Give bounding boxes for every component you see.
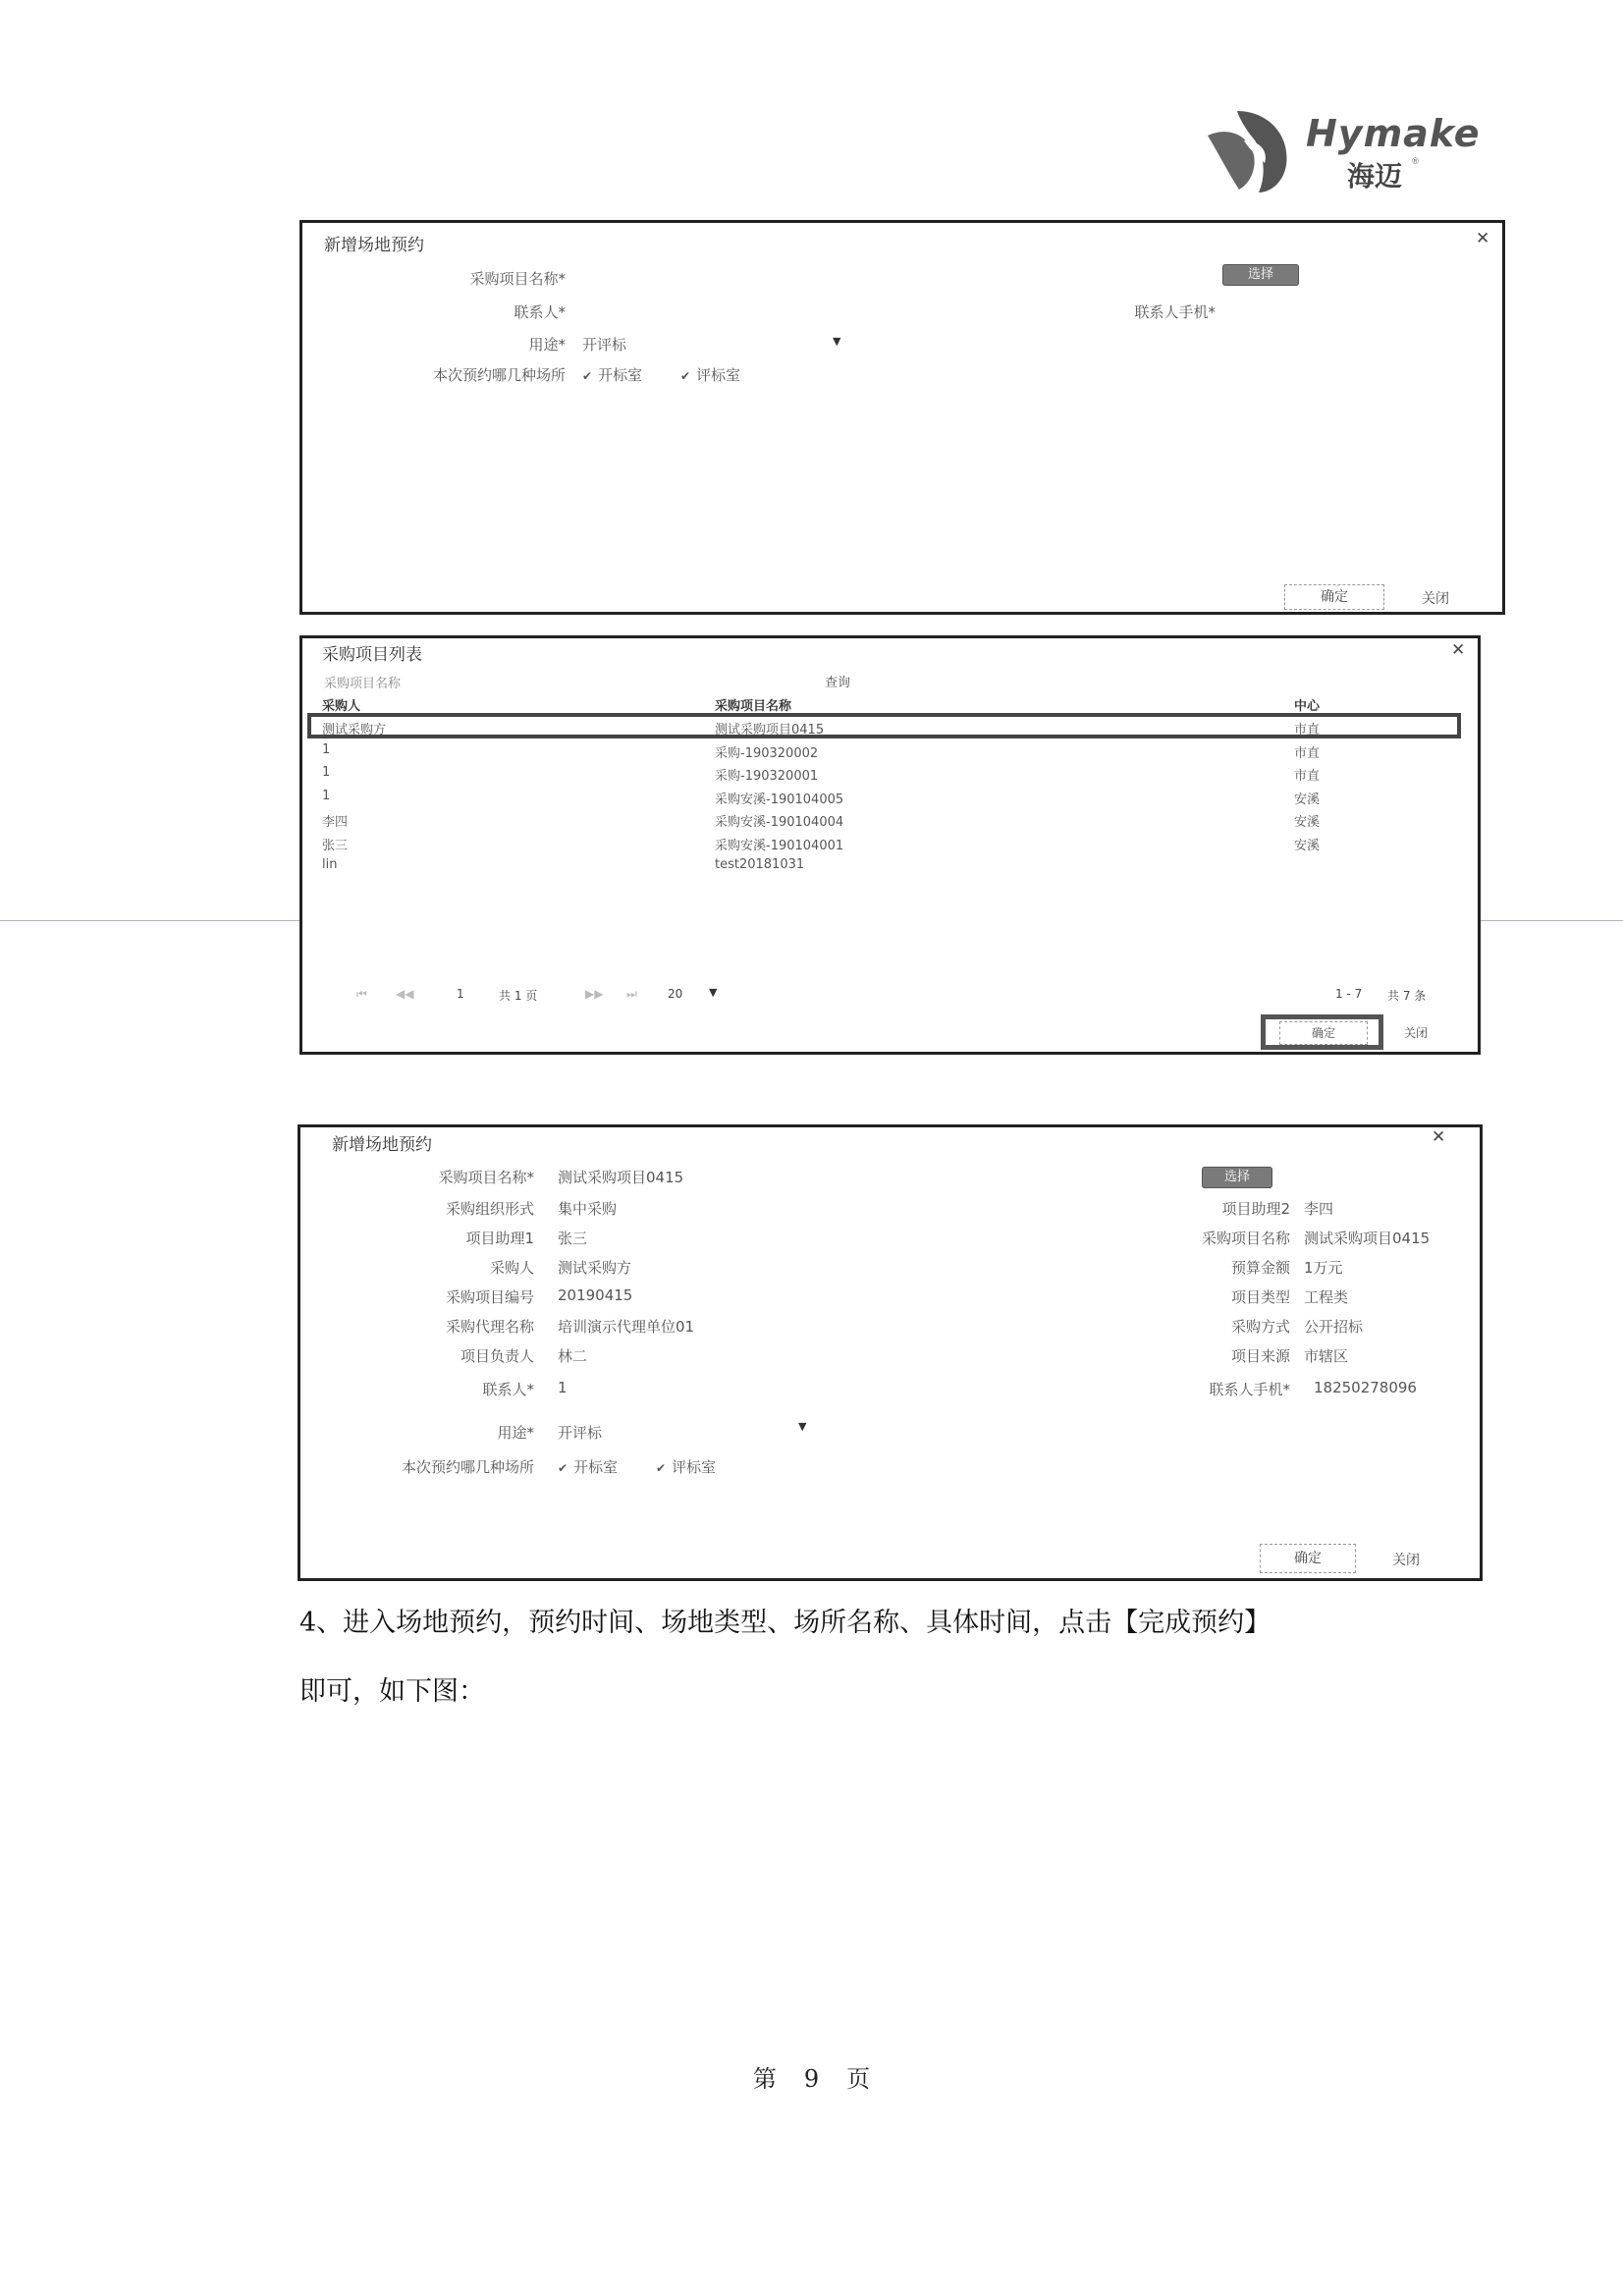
chevron-down-icon: ▼ <box>709 986 717 999</box>
field-label: 采购项目编号 <box>340 1286 534 1307</box>
field-value: 培训演示代理单位01 <box>558 1316 694 1337</box>
field-label: 预算金额 <box>1115 1257 1290 1278</box>
field-value: 林二 <box>558 1345 587 1366</box>
next-page-button[interactable]: ▶▶ <box>585 987 603 1001</box>
registered-mark: ® <box>1411 157 1420 167</box>
close-button[interactable]: 关闭 <box>1392 1550 1420 1569</box>
venues-label: 本次预约哪几种场所 <box>310 1456 534 1477</box>
venue-checkbox-evaluation-room[interactable]: ✔评标室 <box>680 364 740 385</box>
purpose-value: 开评标 <box>558 1422 602 1443</box>
field-value: 公开招标 <box>1304 1316 1363 1337</box>
contact-label: 联系人* <box>361 301 566 322</box>
total-items-text: 共 7 条 <box>1387 987 1426 1004</box>
field-value: 20190415 <box>558 1286 632 1304</box>
field-label: 项目助理2 <box>1115 1198 1290 1219</box>
company-logo: Hymake 海迈 ® <box>1200 106 1494 194</box>
cell-buyer: lin <box>322 857 337 872</box>
prev-page-button[interactable]: ◀◀ <box>396 987 413 1001</box>
cell-center: 市直 <box>1294 719 1320 738</box>
contact-input[interactable] <box>582 301 975 321</box>
table-row[interactable]: 1采购-190320001市直 <box>312 763 1456 783</box>
purpose-value: 开评标 <box>582 334 626 355</box>
chevron-down-icon: ▼ <box>798 1420 806 1433</box>
last-page-button[interactable]: ⏭ <box>626 987 637 1002</box>
cell-project: test20181031 <box>715 857 804 872</box>
cell-center: 安溪 <box>1294 835 1320 853</box>
page-size-select[interactable]: 20 ▼ <box>668 985 727 1003</box>
ok-button[interactable]: 确定 <box>1279 1021 1368 1045</box>
field-label: 项目助理1 <box>340 1228 534 1248</box>
cell-buyer: 1 <box>322 789 330 803</box>
contact-phone-input[interactable] <box>1230 301 1476 321</box>
close-button[interactable]: 关闭 <box>1404 1024 1428 1041</box>
new-venue-booking-dialog-filled: 新增场地预约 ✕ 选择 采购项目名称*测试采购项目0415采购组织形式集中采购项… <box>298 1124 1483 1581</box>
field-value: 测试采购项目0415 <box>1304 1228 1430 1248</box>
dialog-title: 新增场地预约 <box>324 231 424 255</box>
venue-checkbox-evaluation-room[interactable]: ✔评标室 <box>656 1456 716 1477</box>
select-project-button[interactable]: 选择 <box>1222 264 1299 286</box>
field-label: 项目负责人 <box>340 1345 534 1366</box>
field-label: 联系人手机* <box>1115 1379 1290 1399</box>
purpose-label: 用途* <box>359 1422 534 1443</box>
field-label: 项目类型 <box>1115 1286 1290 1307</box>
purpose-select[interactable]: 开评标 ▼ <box>558 1418 823 1442</box>
project-name-search-input[interactable]: 采购项目名称 <box>324 673 401 691</box>
column-header-project-name[interactable]: 采购项目名称 <box>715 695 791 714</box>
field-value: 测试采购项目0415 <box>558 1167 683 1187</box>
cell-project: 采购-190320002 <box>715 742 818 761</box>
current-page-input[interactable]: 1 <box>457 987 464 1001</box>
page-number: 第9页 <box>0 2059 1623 2094</box>
table-row[interactable]: 1采购安溪-190104005安溪 <box>312 787 1456 806</box>
total-pages-text: 共 1 页 <box>499 987 537 1004</box>
field-label: 联系人* <box>340 1379 534 1399</box>
field-value: 李四 <box>1304 1198 1333 1219</box>
field-label: 采购代理名称 <box>340 1316 534 1337</box>
field-label: 采购组织形式 <box>340 1198 534 1219</box>
dialog-title: 新增场地预约 <box>332 1130 432 1155</box>
close-button[interactable]: 关闭 <box>1422 588 1449 608</box>
query-button[interactable]: 查询 <box>825 672 850 690</box>
new-venue-booking-dialog-empty: 新增场地预约 ✕ 采购项目名称* 选择 联系人* 联系人手机* 用途* 开评标 … <box>299 220 1505 615</box>
cell-center: 安溪 <box>1294 811 1320 830</box>
instruction-paragraph-line2: 即可，如下图： <box>299 1669 485 1708</box>
cell-buyer: 李四 <box>322 811 348 830</box>
field-value: 1万元 <box>1304 1257 1343 1278</box>
field-value: 工程类 <box>1304 1286 1348 1307</box>
cell-project: 测试采购项目0415 <box>715 719 824 738</box>
table-row[interactable]: 1采购-190320002市直 <box>312 740 1456 760</box>
brand-name-en: Hymake <box>1306 112 1481 155</box>
cell-buyer: 1 <box>322 742 330 757</box>
cell-project: 采购安溪-190104004 <box>715 811 843 830</box>
item-range-text: 1 - 7 <box>1335 987 1362 1001</box>
close-icon[interactable]: ✕ <box>1476 229 1489 248</box>
chevron-down-icon: ▼ <box>833 335 840 348</box>
cell-buyer: 测试采购方 <box>322 719 386 738</box>
close-icon[interactable]: ✕ <box>1432 1127 1445 1147</box>
field-label: 采购项目名称 <box>1115 1228 1290 1248</box>
brand-name-cn: 海迈 <box>1347 155 1402 194</box>
project-name-label: 采购项目名称* <box>361 268 566 289</box>
check-icon: ✔ <box>680 369 690 383</box>
contact-phone-label: 联系人手机* <box>1068 301 1216 322</box>
cell-buyer: 1 <box>322 765 330 780</box>
cell-center: 市直 <box>1294 742 1320 761</box>
table-row[interactable]: 李四采购安溪-190104004安溪 <box>312 809 1456 829</box>
field-value: 张三 <box>558 1228 587 1248</box>
venues-label: 本次预约哪几种场所 <box>322 364 566 385</box>
field-value: 市辖区 <box>1304 1345 1348 1366</box>
cell-center: 市直 <box>1294 765 1320 784</box>
field-label: 采购方式 <box>1115 1316 1290 1337</box>
close-icon[interactable]: ✕ <box>1451 640 1465 660</box>
check-icon: ✔ <box>656 1461 666 1475</box>
ok-button[interactable]: 确定 <box>1260 1544 1356 1573</box>
dialog-title: 采购项目列表 <box>322 640 422 665</box>
cell-buyer: 张三 <box>322 835 348 853</box>
purpose-select[interactable]: 开评标 ▼ <box>582 331 847 355</box>
cell-project: 采购安溪-190104001 <box>715 835 843 853</box>
cell-project: 采购-190320001 <box>715 765 818 784</box>
contact-input[interactable]: 1 <box>558 1379 568 1396</box>
check-icon: ✔ <box>582 369 592 383</box>
column-header-buyer[interactable]: 采购人 <box>322 695 360 714</box>
field-label: 项目来源 <box>1115 1345 1290 1366</box>
ok-button[interactable]: 确定 <box>1284 584 1384 610</box>
contact-phone-input[interactable]: 18250278096 <box>1314 1379 1417 1396</box>
table-row[interactable]: 测试采购方测试采购项目0415市直 <box>312 717 1456 737</box>
purpose-label: 用途* <box>361 334 566 355</box>
field-label: 采购人 <box>340 1257 534 1278</box>
cell-center: 安溪 <box>1294 789 1320 807</box>
leaf-swirl-logo-icon <box>1200 106 1293 194</box>
cell-project: 采购安溪-190104005 <box>715 789 843 807</box>
table-row[interactable]: 张三采购安溪-190104001安溪 <box>312 833 1456 852</box>
select-project-button[interactable]: 选择 <box>1202 1167 1272 1188</box>
procurement-project-list-dialog: 采购项目列表 ✕ 采购项目名称 查询 采购人 采购项目名称 中心 测试采购方测试… <box>299 635 1481 1055</box>
check-icon: ✔ <box>558 1461 568 1475</box>
field-label: 采购项目名称* <box>340 1167 534 1187</box>
instruction-paragraph-line1: 4、进入场地预约，预约时间、场地类型、场所名称、具体时间，点击【完成预约】 <box>299 1601 1271 1639</box>
column-header-center[interactable]: 中心 <box>1294 695 1320 714</box>
venue-checkbox-opening-room[interactable]: ✔开标室 <box>558 1456 618 1477</box>
table-row[interactable]: lintest20181031 <box>312 855 1456 875</box>
first-page-button[interactable]: ⏮ <box>356 987 367 1002</box>
field-value: 测试采购方 <box>558 1257 631 1278</box>
field-value: 集中采购 <box>558 1198 617 1219</box>
venue-checkbox-opening-room[interactable]: ✔开标室 <box>582 364 642 385</box>
page-size-value: 20 <box>668 987 682 1001</box>
